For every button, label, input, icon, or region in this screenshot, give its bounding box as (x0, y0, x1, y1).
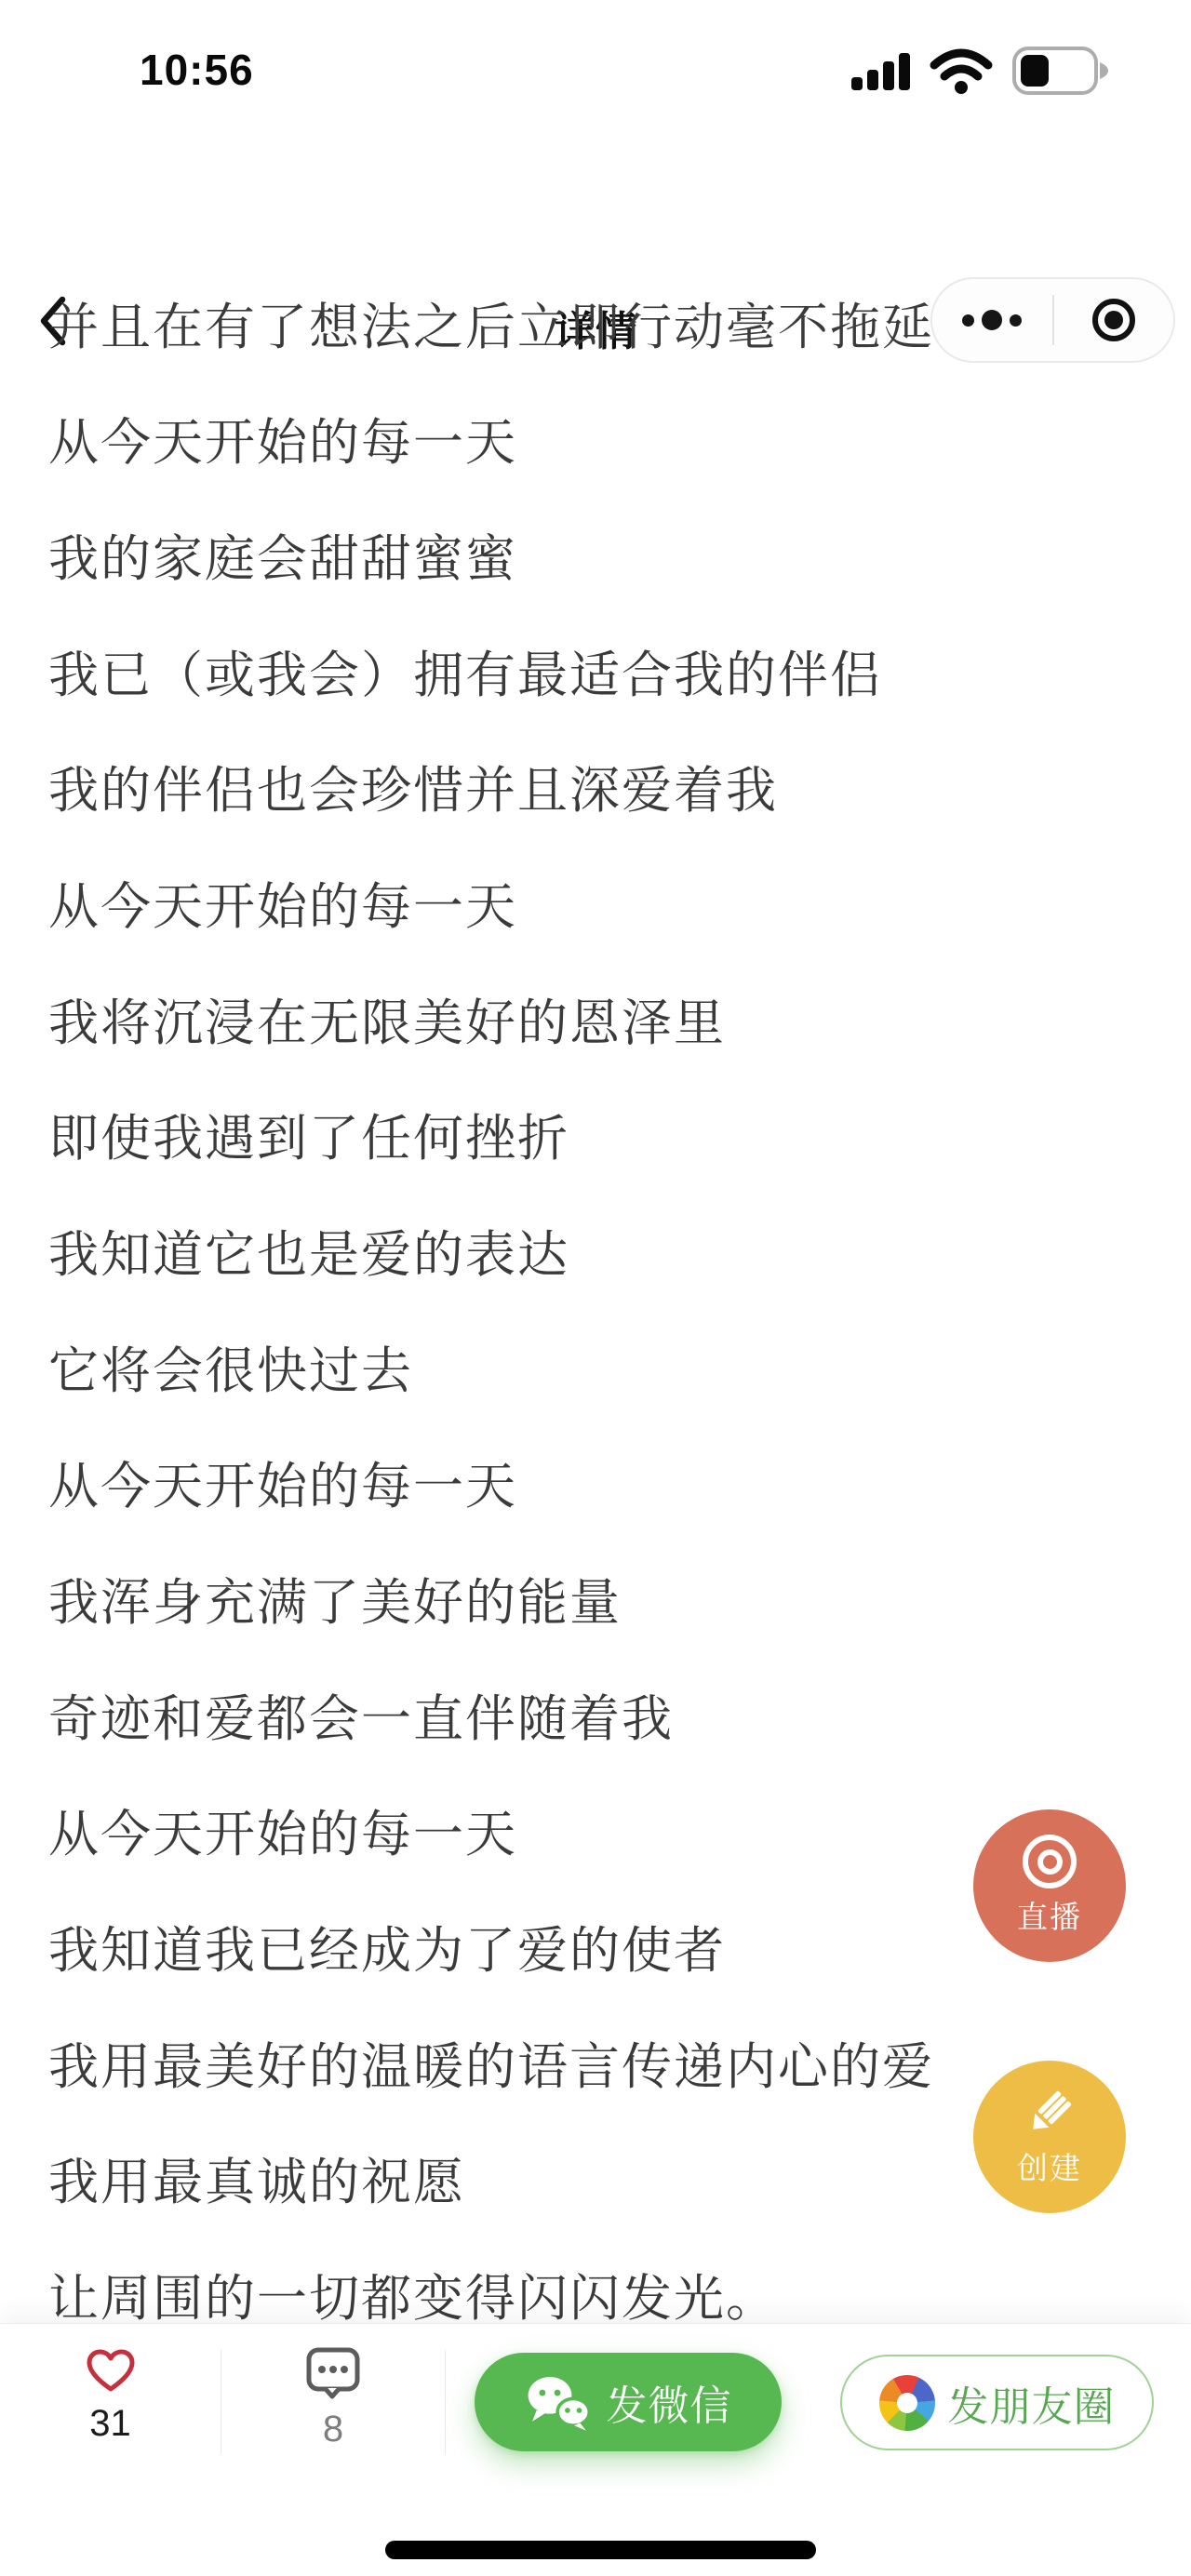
nav-bar: 详情 (0, 130, 1191, 253)
comment-bubble-icon (305, 2346, 361, 2400)
affirmation-line: 它将会很快过去 (48, 1309, 1163, 1425)
status-icons (851, 47, 1109, 95)
affirmation-line: 我浑身充满了美好的能量 (48, 1541, 1163, 1657)
live-record-icon (1023, 1835, 1077, 1889)
affirmation-line: 从今天开始的每一天 (48, 381, 1163, 498)
send-wechat-label: 发微信 (607, 2372, 732, 2432)
affirmation-line: 即使我遇到了任何挫折 (48, 1077, 1163, 1194)
create-button[interactable]: 创建 (973, 2061, 1126, 2213)
affirmation-line: 我的家庭会甜甜蜜蜜 (48, 497, 1163, 613)
share-moments-label: 发朋友圈 (948, 2373, 1116, 2433)
affirmation-line: 从今天开始的每一天 (48, 845, 1163, 961)
wechat-icon (525, 2373, 592, 2431)
affirmation-line: 奇迹和爱都会一直伴随着我 (48, 1657, 1163, 1773)
create-button-label: 创建 (1017, 2144, 1082, 2188)
like-button[interactable]: 31 (0, 2346, 221, 2467)
affirmation-line: 我将沉浸在无限美好的恩泽里 (48, 961, 1163, 1077)
wechat-mini-program-screen: 10:56 详情 (0, 0, 1191, 2576)
affirmation-line: 从今天开始的每一天 (48, 1425, 1163, 1542)
wifi-icon (929, 47, 994, 95)
heart-icon (85, 2346, 137, 2395)
live-button-label: 直播 (1017, 1893, 1082, 1937)
pencil-icon (1023, 2086, 1077, 2140)
clock-time: 10:56 (140, 45, 254, 95)
live-stream-button[interactable]: 直播 (973, 1809, 1126, 1962)
affirmation-line: 并且在有了想法之后立即行动毫不拖延 (48, 265, 1163, 381)
moments-aperture-icon (879, 2375, 935, 2431)
bar-divider (445, 2350, 446, 2454)
home-indicator[interactable] (385, 2541, 816, 2559)
comment-count: 8 (323, 2409, 343, 2450)
affirmation-list: 并且在有了想法之后立即行动毫不拖延从今天开始的每一天我的家庭会甜甜蜜蜜我已（或我… (48, 265, 1163, 2353)
bottom-action-bar: 31 8 发微信 (0, 2323, 1191, 2576)
status-bar: 10:56 (0, 0, 1191, 113)
send-wechat-button[interactable]: 发微信 (475, 2353, 782, 2451)
comment-button[interactable]: 8 (221, 2346, 445, 2467)
cellular-signal-icon (851, 51, 910, 90)
affirmation-line: 我的伴侣也会珍惜并且深爱着我 (48, 729, 1163, 846)
share-moments-button[interactable]: 发朋友圈 (840, 2355, 1154, 2450)
affirmation-line: 我已（或我会）拥有最适合我的伴侣 (48, 613, 1163, 729)
affirmation-line: 我知道它也是爱的表达 (48, 1193, 1163, 1309)
like-count: 31 (89, 2403, 131, 2445)
battery-icon (1012, 47, 1109, 95)
